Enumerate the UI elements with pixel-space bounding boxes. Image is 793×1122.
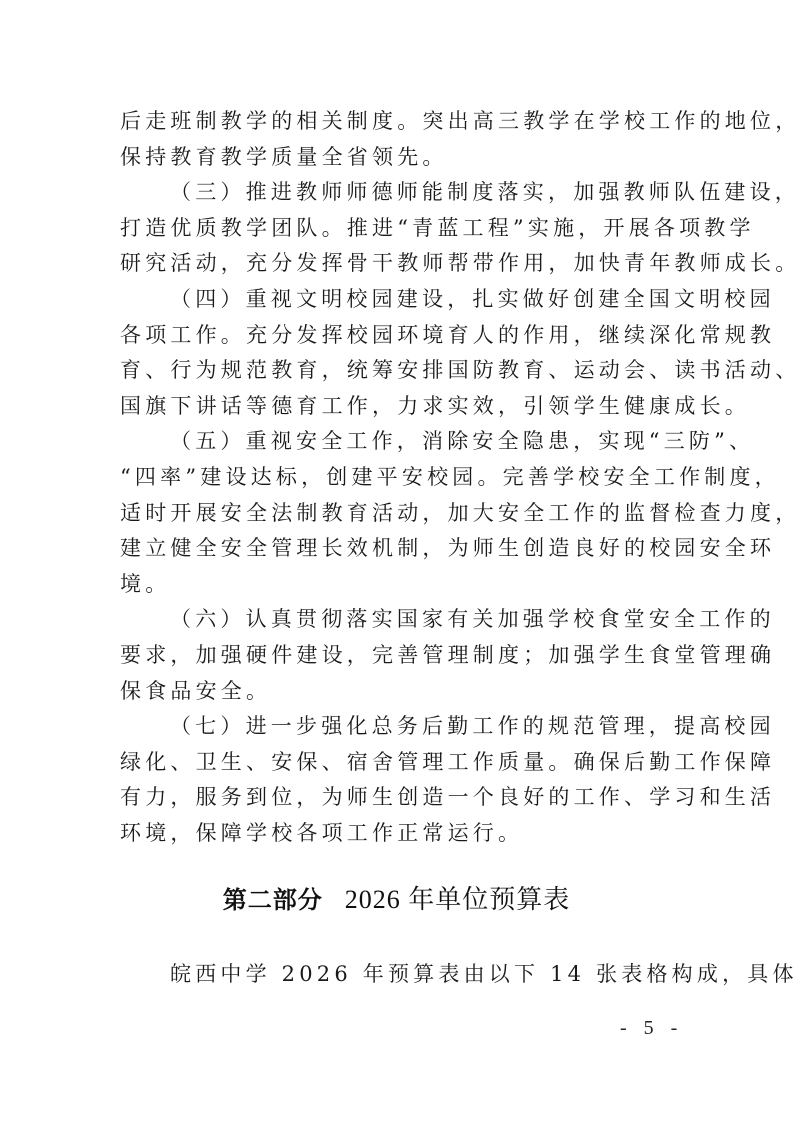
- body-text: 后走班制教学的相关制度。突出高三教学在学校工作的地位， 保持教育教学质量全省领先…: [120, 104, 680, 851]
- intro-paragraph: 皖西中学 2026 年预算表由以下 14 张表格构成，具体表: [170, 957, 793, 992]
- paragraph-line: 保食品安全。: [120, 674, 680, 710]
- paragraph-line: 绿化、卫生、安保、宿舍管理工作质量。确保后勤工作保障: [120, 745, 680, 781]
- paragraph-line: 建立健全安全管理长效机制，为师生创造良好的校园安全环: [120, 531, 680, 567]
- paragraph-line: 有力，服务到位，为师生创造一个良好的工作、学习和生活: [120, 780, 680, 816]
- paragraph-line: 要求，加强硬件建设，完善管理制度；加强学生食堂管理确: [120, 638, 680, 674]
- section-heading-part: 第二部分: [223, 886, 323, 914]
- paragraph-line: 环境，保障学校各项工作正常运行。: [120, 816, 680, 852]
- section-heading-title: 2026 年单位预算表: [345, 885, 571, 914]
- paragraph-line-item-4: （四）重视文明校园建设，扎实做好创建全国文明校园: [120, 282, 680, 318]
- page-number: - 5 -: [620, 1013, 683, 1043]
- paragraph-line-item-5: （五）重视安全工作，消除安全隐患，实现“三防”、: [120, 424, 680, 460]
- paragraph-line: 各项工作。充分发挥校园环境育人的作用，继续深化常规教: [120, 318, 680, 354]
- paragraph-line: “四率”建设达标，创建平安校园。完善学校安全工作制度，: [120, 460, 680, 496]
- section-heading: 第二部分2026 年单位预算表: [0, 883, 793, 917]
- paragraph-line: 国旗下讲话等德育工作，力求实效，引领学生健康成长。: [120, 389, 680, 425]
- paragraph-line-item-6: （六）认真贯彻落实国家有关加强学校食堂安全工作的: [120, 602, 680, 638]
- document-page: 后走班制教学的相关制度。突出高三教学在学校工作的地位， 保持教育教学质量全省领先…: [0, 0, 793, 1122]
- paragraph-line: 后走班制教学的相关制度。突出高三教学在学校工作的地位，: [120, 104, 680, 140]
- paragraph-line: 育、行为规范教育，统筹安排国防教育、运动会、读书活动、: [120, 353, 680, 389]
- paragraph-line: 研究活动，充分发挥骨干教师帮带作用，加快青年教师成长。: [120, 246, 680, 282]
- paragraph-line: 适时开展安全法制教育活动，加大安全工作的监督检查力度，: [120, 496, 680, 532]
- paragraph-line: 境。: [120, 567, 680, 603]
- paragraph-line: 打造优质教学团队。推进“青蓝工程”实施，开展各项教学: [120, 211, 680, 247]
- paragraph-line: 保持教育教学质量全省领先。: [120, 140, 680, 176]
- paragraph-line-item-3: （三）推进教师师德师能制度落实，加强教师队伍建设，: [120, 175, 680, 211]
- paragraph-line-item-7: （七）进一步强化总务后勤工作的规范管理，提高校园: [120, 709, 680, 745]
